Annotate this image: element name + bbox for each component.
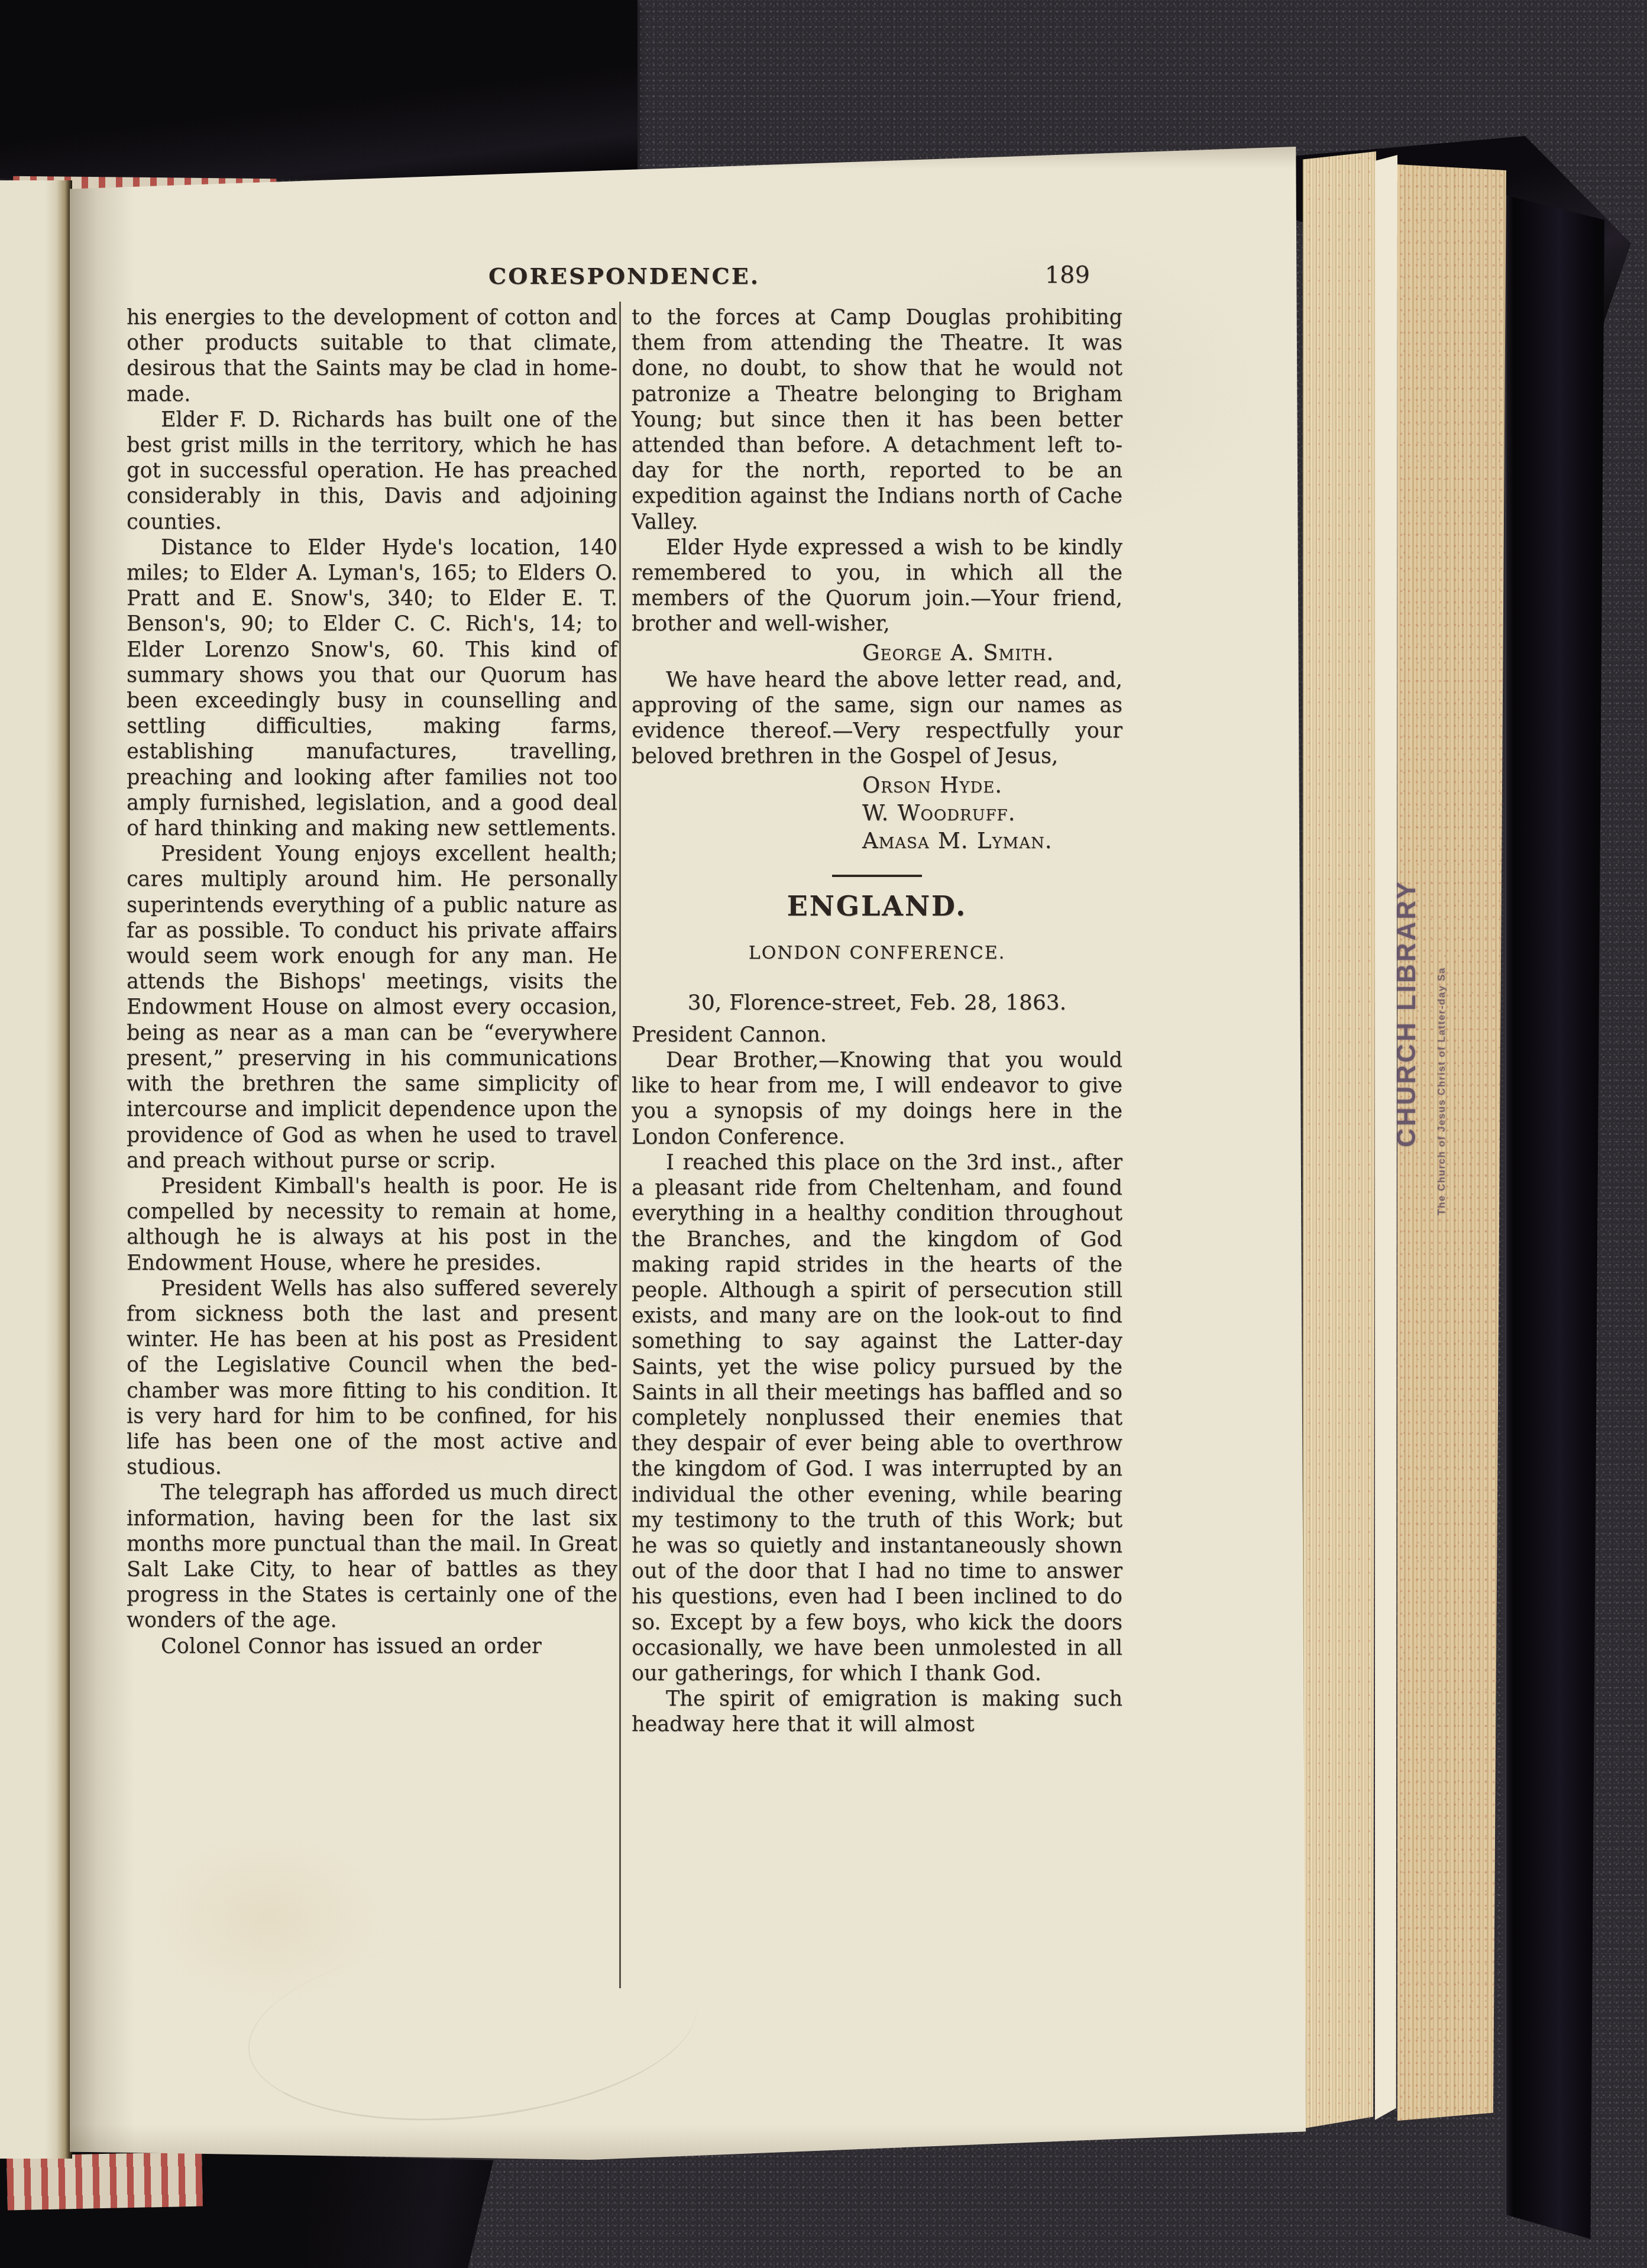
pencil-smudge [239,1916,706,2141]
dateline: 30, Florence-street, Feb. 28, 1863. [632,990,1122,1015]
page-header-title: CORESPONDENCE. [126,263,1122,289]
column-divider [619,302,621,1988]
section-rule [832,875,922,877]
signature-line: Orson Hyde. [862,772,1122,798]
paragraph: Dear Brother,—Knowing that you would lik… [632,1048,1122,1150]
paragraph: The spirit of emigration is making such … [632,1687,1122,1738]
paragraph: We have heard the above letter read, and… [632,668,1122,770]
book-cover-top-spine [0,0,638,179]
paragraph: President Young enjoys excellent health;… [127,842,617,1174]
fore-edge-stamp-title: CHURCH LIBRARY [1392,879,1422,1147]
facing-page-edge [0,180,72,2159]
left-column: his energies to the development of cotto… [127,305,617,1659]
paragraph: President Wells has also suffered severe… [127,1276,617,1481]
paragraph: Colonel Connor has issued an order [127,1634,617,1659]
paragraph: Elder Hyde expressed a wish to be kindly… [632,535,1122,638]
signature-line: George A. Smith. [862,640,1122,665]
paragraph: I reached this place on the 3rd inst., a… [632,1150,1122,1687]
paragraph: to the forces at Camp Douglas prohibitin… [632,305,1122,535]
scan-photo: { "header": { "title": "CORESPONDENCE.",… [0,0,1647,2268]
book-page: CORESPONDENCE. 189 his energies to the d… [70,147,1306,2160]
salutation-line: President Cannon. [632,1023,1122,1048]
paragraph: his energies to the development of cotto… [127,305,617,407]
paragraph: Elder F. D. Richards has built one of th… [127,407,617,535]
paragraph: The telegraph has afforded us much direc… [127,1480,617,1633]
section-heading: ENGLAND. [632,894,1122,919]
book-cover-right-edge [1505,195,1604,2247]
fore-edge-band-inner [1303,151,1376,2133]
headband-bottom [7,2152,203,2211]
signature-line: Amasa M. Lyman. [862,828,1122,853]
page-number: 189 [995,261,1090,289]
signature-line: W. Woodruff. [862,800,1122,826]
paragraph: Distance to Elder Hyde's location, 140 m… [127,535,617,842]
fore-edge-stamp-subtitle: The Church of Jesus Christ of Latter-day… [1436,967,1448,1215]
right-column: to the forces at Camp Douglas prohibitin… [632,305,1122,1738]
paragraph: President Kimball's health is poor. He i… [127,1174,617,1276]
section-subheading: LONDON CONFERENCE. [632,940,1122,966]
